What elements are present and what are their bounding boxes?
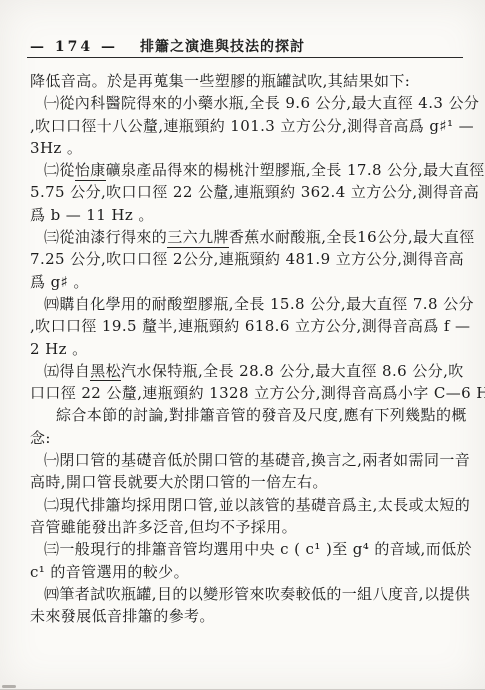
- line-text: 音管雖能發出許多泛音,但均不予採用。: [30, 518, 297, 536]
- line-text: 汽水保特瓶,全長 28.8 公分,最大直徑 8.6 公分,吹: [121, 362, 464, 380]
- text-line: ㈣購自化學用的耐酸塑膠瓶,全長 15.8 公分,最大直徑 7.8 公分: [30, 293, 457, 315]
- line-text: 7.25 公分,吹口口徑 2公分,連瓶頸約 481.9 立方公分,測得音高: [30, 250, 464, 268]
- line-text: ㈣購自化學用的耐酸塑膠瓶,全長 15.8 公分,最大直徑 7.8 公分: [44, 295, 474, 313]
- line-text: ㈤得自: [44, 362, 90, 380]
- document-title: 排簫之演進與技法的探討: [140, 36, 305, 56]
- line-text: ㈣筆者試吹瓶罐,目的以變形管來吹奏較低的一組八度音,以提供: [44, 585, 470, 603]
- text-line: ,吹口口徑 19.5 釐半,連瓶頸約 618.6 立方公分,測得音高爲 f —: [30, 315, 457, 337]
- line-text: 念:: [30, 429, 51, 447]
- line-text: ㈢從油漆行得來的: [44, 228, 167, 246]
- line-text: 降低音高。於是再蒐集一些塑膠的瓶罐試吹,其結果如下:: [30, 72, 410, 90]
- text-line: 口口徑 22 公釐,連瓶頸約 1328 立方公分,測得音高爲小字 C—6 Hz。: [30, 382, 457, 404]
- line-text: ㈠從內科醫院得來的小藥水瓶,全長 9.6 公分,最大直徑 4.3 公分: [44, 94, 479, 112]
- text-line: ,吹口口徑十八公釐,連瓶頸約 101.3 立方公分,測得音高爲 g♯¹ —: [30, 115, 457, 137]
- text-line: ㈢從油漆行得來的三六九牌香蕉水耐酸瓶,全長16公分,最大直徑: [30, 226, 457, 248]
- text-line: ㈡現代排簫均採用閉口管,並以該管的基礎音爲主,太長或太短的: [30, 494, 457, 516]
- text-line: ㈤得自黑松汽水保特瓶,全長 28.8 公分,最大直徑 8.6 公分,吹: [30, 360, 457, 382]
- text-line: c¹ 的音管選用的較少。: [30, 561, 457, 583]
- line-text: 未來發展低音排簫的參考。: [30, 607, 215, 625]
- line-text: 爲 g♯ 。: [30, 273, 89, 291]
- line-text: ㈡現代排簫均採用閉口管,並以該管的基礎音爲主,太長或太短的: [44, 496, 470, 514]
- text-line: 爲 g♯ 。: [30, 271, 457, 293]
- text-line: ㈢一般現行的排簫音管均選用中央 c ( c¹ )至 g⁴ 的音域,而低於: [30, 538, 457, 560]
- header-rule: [27, 57, 463, 58]
- text-line: 未來發展低音排簫的參考。: [30, 605, 457, 627]
- line-text: ,吹口口徑十八公釐,連瓶頸約 101.3 立方公分,測得音高爲 g♯¹ —: [30, 117, 474, 135]
- page-header: — 174 — 排簫之演進與技法的探討: [30, 36, 461, 56]
- page-number: — 174 —: [30, 39, 118, 55]
- text-line: ㈠閉口管的基礎音低於開口管的基礎音,換言之,兩者如需同一音: [30, 449, 457, 471]
- underlined-term: 黑松: [90, 362, 121, 382]
- text-line: 高時,開口管長就要大於閉口管的一倍左右。: [30, 471, 457, 493]
- line-text: ㈠閉口管的基礎音低於開口管的基礎音,換言之,兩者如需同一音: [44, 451, 470, 469]
- scan-artifact: [2, 685, 16, 688]
- text-line: 3Hz 。: [30, 137, 457, 159]
- line-text: ,吹口口徑 19.5 釐半,連瓶頸約 618.6 立方公分,測得音高爲 f —: [30, 317, 470, 335]
- line-text: 3Hz 。: [30, 139, 82, 157]
- line-text: c¹ 的音管選用的較少。: [30, 563, 189, 581]
- scanned-book-page: { "header": { "page_number": "— 174 —", …: [0, 0, 485, 690]
- line-text: ㈡從: [44, 161, 75, 179]
- text-line: ㈠從內科醫院得來的小藥水瓶,全長 9.6 公分,最大直徑 4.3 公分: [30, 92, 457, 114]
- text-line: 音管雖能發出許多泛音,但均不予採用。: [30, 516, 457, 538]
- text-line: ㈣筆者試吹瓶罐,目的以變形管來吹奏較低的一組八度音,以提供: [30, 583, 457, 605]
- line-text: 高時,開口管長就要大於閉口管的一倍左右。: [30, 473, 328, 491]
- text-line: 5.75 公分,吹口口徑 22 公釐,連瓶頸約 362.4 立方公分,測得音高: [30, 181, 457, 203]
- text-line: 爲 b — 11 Hz 。: [30, 204, 457, 226]
- line-text: 口口徑 22 公釐,連瓶頸約 1328 立方公分,測得音高爲小字 C—6 Hz。: [30, 384, 485, 402]
- line-text: 香蕉水耐酸瓶,全長16公分,最大直徑: [229, 228, 475, 246]
- line-text: 2 Hz 。: [30, 340, 87, 358]
- text-line: 2 Hz 。: [30, 338, 457, 360]
- line-text: 5.75 公分,吹口口徑 22 公釐,連瓶頸約 362.4 立方公分,測得音高: [30, 183, 479, 201]
- underlined-term: 怡康: [75, 161, 106, 181]
- text-line: 綜合本節的討論,對排簫音管的發音及尺度,應有下列幾點的概: [30, 404, 457, 426]
- line-text: ㈢一般現行的排簫音管均選用中央 c ( c¹ )至 g⁴ 的音域,而低於: [44, 540, 472, 558]
- line-text: 爲 b — 11 Hz 。: [30, 206, 154, 224]
- line-text: 綜合本節的討論,對排簫音管的發音及尺度,應有下列幾點的概: [56, 406, 467, 424]
- text-line: 降低音高。於是再蒐集一些塑膠的瓶罐試吹,其結果如下:: [30, 70, 457, 92]
- text-line: 念:: [30, 427, 457, 449]
- text-line: 7.25 公分,吹口口徑 2公分,連瓶頸約 481.9 立方公分,測得音高: [30, 248, 457, 270]
- body-text: 降低音高。於是再蒐集一些塑膠的瓶罐試吹,其結果如下: ㈠從內科醫院得來的小藥水瓶…: [30, 70, 457, 627]
- underlined-term: 三六九牌: [167, 228, 229, 248]
- line-text: 礦泉產品得來的楊桃汁塑膠瓶,全長 17.8 公分,最大直徑: [106, 161, 485, 179]
- text-line: ㈡從怡康礦泉產品得來的楊桃汁塑膠瓶,全長 17.8 公分,最大直徑: [30, 159, 457, 181]
- page-background: — 174 — 排簫之演進與技法的探討 降低音高。於是再蒐集一些塑膠的瓶罐試吹,…: [0, 0, 485, 690]
